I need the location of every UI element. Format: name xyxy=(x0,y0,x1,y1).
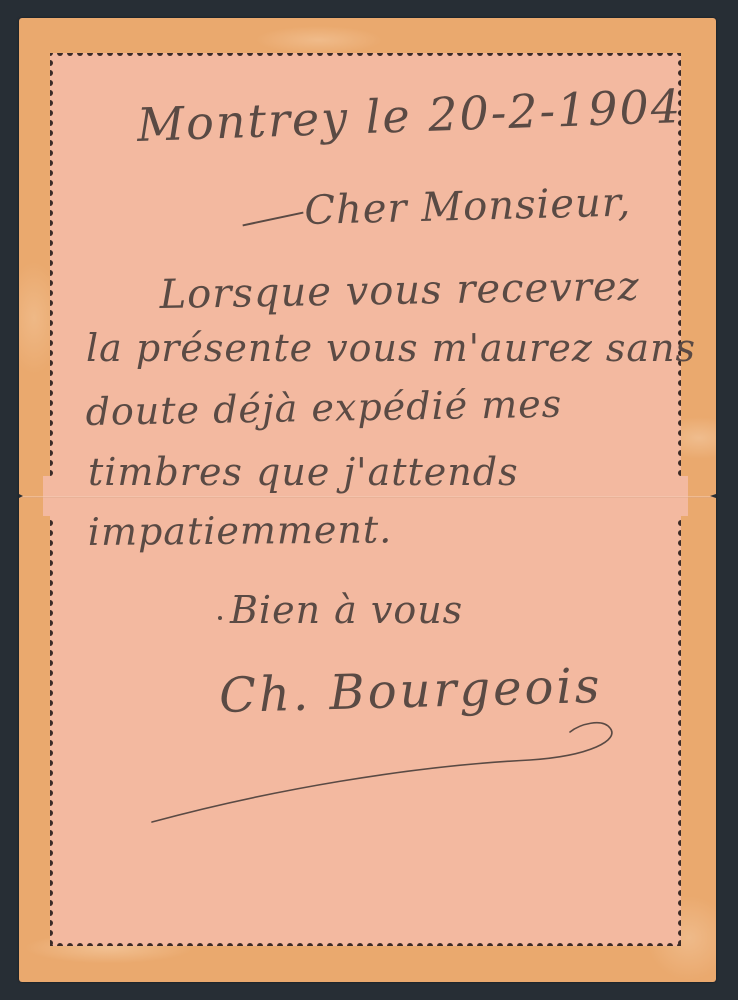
fold-line xyxy=(19,496,716,498)
perforation-border xyxy=(50,53,681,946)
scan-background: Montrey le 20-2-1904 Cher Monsieur, Lors… xyxy=(0,0,738,1000)
letter-card xyxy=(19,18,716,982)
